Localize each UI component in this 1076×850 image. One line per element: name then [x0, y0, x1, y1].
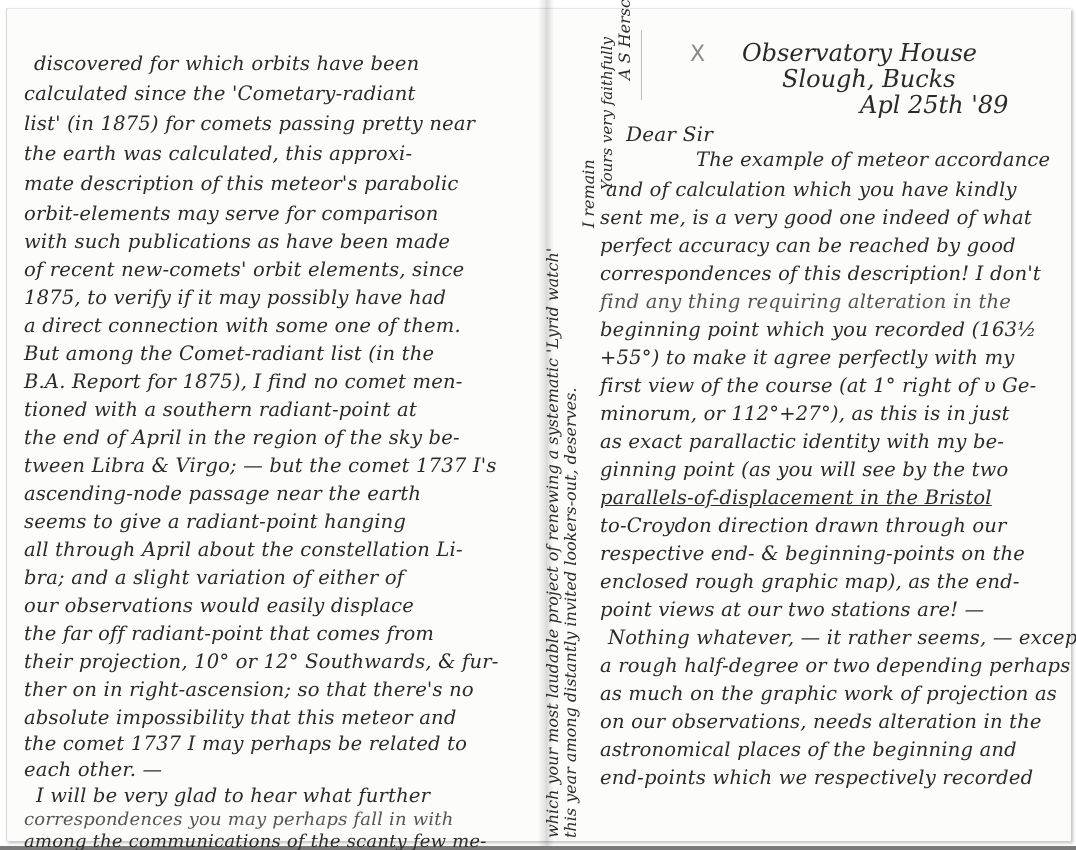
left-line-18: all through April about the constellatio… [24, 536, 463, 564]
right-line-18: Nothing whatever, — it rather seems, — e… [608, 624, 1076, 652]
left-line-1: discovered for which orbits have been [34, 50, 419, 78]
left-line-20: our observations would easily displace [24, 592, 414, 620]
salutation: Dear Sir [626, 120, 713, 148]
left-line-21: the far off radiant-point that comes fro… [24, 620, 434, 648]
right-line-10: minorum, or 112°+27°), as this is in jus… [600, 400, 1010, 428]
signature-divider [641, 30, 642, 100]
left-line-13: tioned with a southern radiant-point at [24, 396, 417, 424]
left-line-24: absolute impossibility that this meteor … [24, 704, 457, 732]
right-line-5: correspondences of this description! I d… [600, 260, 1041, 288]
margin-note-line-2: this year among distantly invited looker… [562, 388, 580, 838]
left-line-7: with such publications as have been made [24, 228, 450, 256]
left-line-25: the comet 1737 I may perhaps be related … [24, 730, 467, 758]
left-line-3: list' (in 1875) for comets passing prett… [24, 110, 475, 138]
right-line-1: The example of meteor accordance [696, 146, 1050, 174]
left-line-4: the earth was calculated, this approxi- [24, 140, 412, 168]
left-line-8: of recent new-comets' orbit elements, si… [24, 256, 464, 284]
left-line-29: among the communications of the scanty f… [24, 828, 487, 850]
left-line-19: bra; and a slight variation of either of [24, 564, 404, 592]
left-line-5: mate description of this meteor's parabo… [24, 170, 459, 198]
left-line-14: the end of April in the region of the sk… [24, 424, 460, 452]
left-line-23: ther on in right-ascension; so that ther… [24, 676, 474, 704]
x-mark: X [690, 42, 705, 67]
left-line-9: 1875, to verify if it may possibly have … [24, 284, 446, 312]
right-line-13: parallels-of-displacement in the Bristol [600, 484, 992, 512]
right-line-7: beginning point which you recorded (163½ [600, 316, 1036, 344]
letter-date: Apl 25th '89 [860, 90, 1008, 120]
right-line-17: point views at our two stations are! — [600, 596, 984, 624]
left-line-16: ascending-node passage near the earth [24, 480, 421, 508]
right-line-3: sent me, is a very good one indeed of wh… [600, 204, 1032, 232]
left-line-6: orbit-elements may serve for comparison [24, 200, 439, 228]
margin-note-line-1: which your most laudable project of rene… [544, 248, 562, 838]
left-line-17: seems to give a radiant-point hanging [24, 508, 406, 536]
right-line-22: astronomical places of the beginning and [600, 736, 1017, 764]
left-line-12: B.A. Report for 1875), I find no comet m… [24, 368, 463, 396]
right-line-15: respective end- & beginning-points on th… [600, 540, 1025, 568]
right-line-21: on our observations, needs alteration in… [600, 708, 1042, 736]
right-line-14: to-Croydon direction drawn through our [600, 512, 1007, 540]
left-line-10: a direct connection with some one of the… [24, 312, 461, 340]
right-line-2: and of calculation which you have kindly [606, 176, 1017, 204]
right-line-9: first view of the course (at 1° right of… [600, 372, 1036, 400]
right-line-19: a rough half-degree or two depending per… [600, 652, 1070, 680]
right-line-4: perfect accuracy can be reached by good [600, 232, 1016, 260]
signature: A S Herschel [616, 0, 634, 80]
left-line-22: their projection, 10° or 12° Southwards,… [24, 648, 499, 676]
left-line-11: But among the Comet-radiant list (in the [24, 340, 434, 368]
right-line-11: as exact parallactic identity with my be… [600, 428, 1004, 456]
margin-note-closing: I remain [580, 159, 598, 228]
right-line-8: +55°) to make it agree perfectly with my [600, 344, 1014, 372]
left-line-26: each other. — [24, 756, 162, 784]
right-line-16: enclosed rough graphic map), as the end- [600, 568, 1020, 596]
right-line-6: find any thing requiring alteration in t… [600, 288, 1011, 316]
margin-note-valediction: Yours very faithfully [598, 37, 616, 190]
left-line-2: calculated since the 'Cometary-radiant [24, 80, 416, 108]
right-line-20: as much on the graphic work of projectio… [600, 680, 1057, 708]
right-line-12: ginning point (as you will see by the tw… [600, 456, 1009, 484]
left-line-15: tween Libra & Virgo; — but the comet 173… [24, 452, 497, 480]
right-line-23: end-points which we respectively recorde… [600, 764, 1033, 792]
